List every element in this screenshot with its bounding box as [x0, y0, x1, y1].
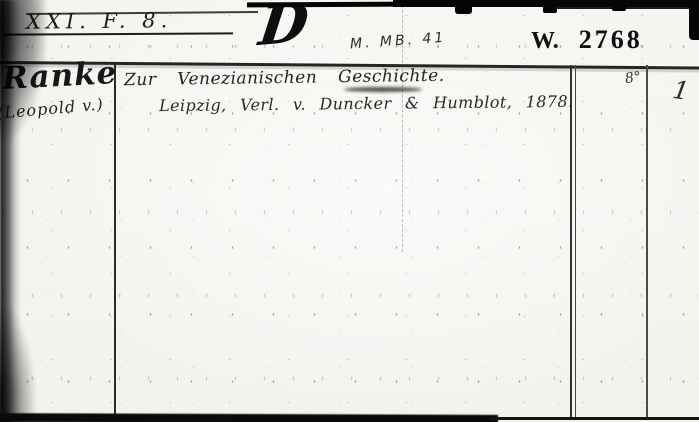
name-column-divider: [114, 64, 116, 418]
scan-edge-top-bump: [455, 0, 472, 14]
scan-edge-top-right-corner: [689, 0, 699, 40]
scan-edge-left-top-blob: [0, 0, 46, 142]
scan-edge-bottom-right: [490, 417, 699, 420]
guide-letter-d: D: [256, 0, 311, 58]
format-mark: 8°: [624, 69, 642, 87]
ink-smear: [344, 87, 422, 92]
volume-column-divider: [646, 65, 648, 417]
format-column-divider-outer: [570, 65, 572, 417]
accession-stamp: W. 2768: [531, 25, 643, 55]
entry-imprint: Leipzig, Verl. v. Duncker & Humblot, 187…: [159, 92, 574, 115]
pencil-note: M. MB. 41: [350, 30, 447, 53]
scan-edge-top-wave: [557, 0, 699, 9]
catalog-card-scan: XXI. F. 8. D M. MB. 41 W. 2768 Ranke (Le…: [0, 0, 699, 422]
stamp-number: 2768: [579, 25, 643, 55]
scan-edge-left-bottom-blob: [0, 300, 36, 422]
scan-edge-bottom-left: [0, 413, 498, 422]
volume-count: 1: [671, 75, 691, 106]
card-tab-notch-1: [543, 0, 557, 13]
card-top-edge-mid: [247, 2, 399, 8]
card-tab-notch-2: [612, 0, 626, 11]
stamp-prefix: W.: [531, 28, 559, 55]
format-column-divider-inner: [575, 65, 576, 417]
